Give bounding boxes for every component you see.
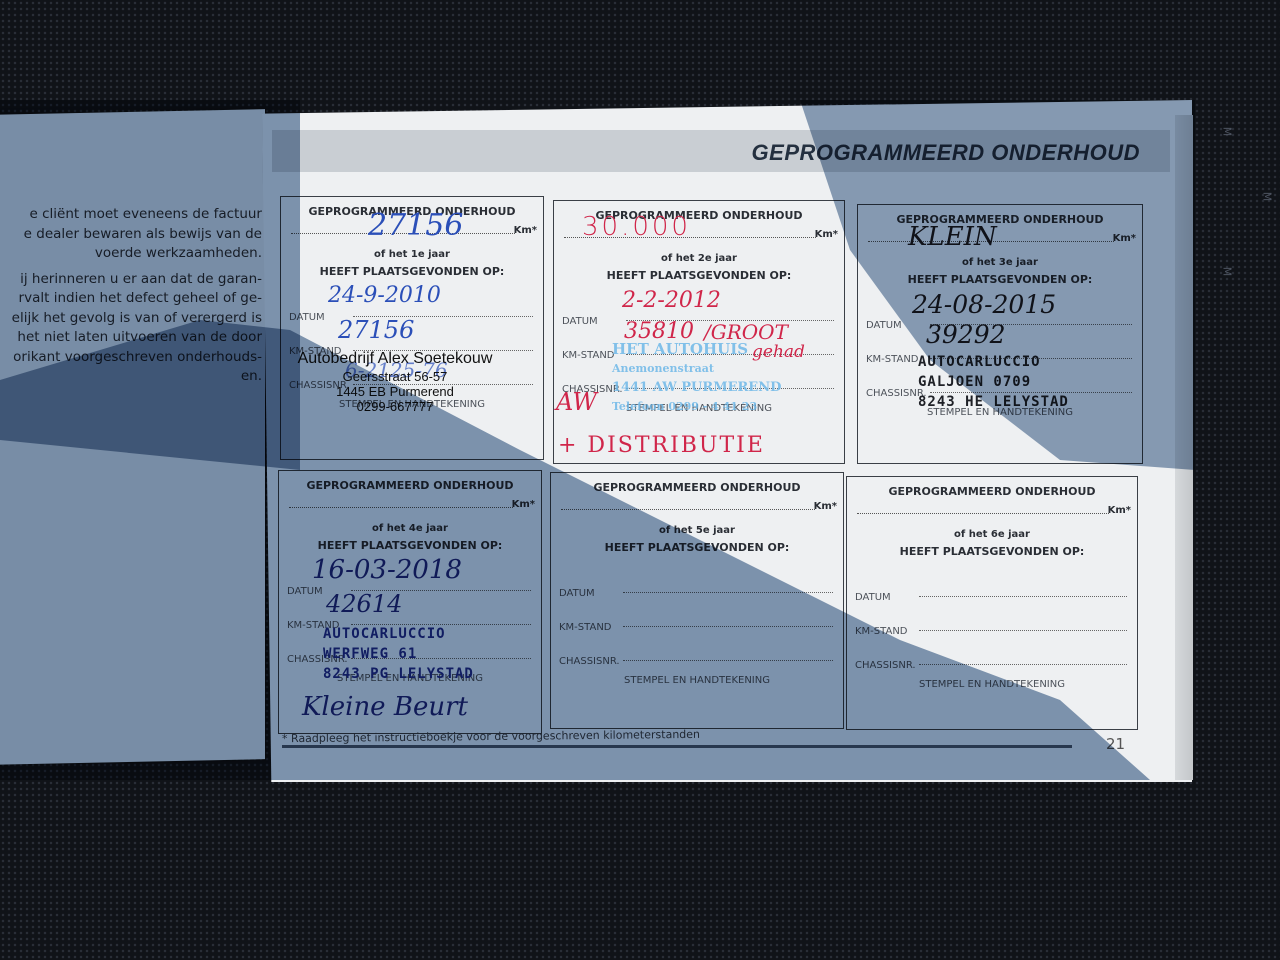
year-label: of het 4e jaar — [279, 523, 541, 534]
box-title: GEPROGRAMMEERD ONDERHOUD — [858, 213, 1142, 226]
year-label: of het 2e jaar — [554, 253, 844, 264]
handwritten-date: 16-03-2018 — [312, 555, 462, 585]
datum-line — [623, 592, 833, 593]
handwritten-note: /GROOT — [704, 320, 788, 344]
km-stand-label: KM-STAND — [866, 354, 919, 365]
datum-line — [919, 596, 1127, 597]
left-paragraph-1: e cliënt moet eveneens de factuur e deal… — [0, 205, 262, 264]
heeft-label: HEEFT PLAATSGEVONDEN OP: — [858, 273, 1142, 286]
chassis-row: CHASSISNR. — [855, 653, 1127, 667]
heeft-label: HEEFT PLAATSGEVONDEN OP: — [279, 539, 541, 552]
heeft-label: HEEFT PLAATSGEVONDEN OP: — [281, 265, 543, 278]
heeft-label: HEEFT PLAATSGEVONDEN OP: — [551, 541, 843, 554]
handwritten-signature: AW — [556, 388, 597, 416]
year-label: of het 5e jaar — [551, 525, 843, 536]
box-title: GEPROGRAMMEERD ONDERHOUD — [279, 479, 541, 492]
dealer-stamp: AUTOCARLUCCIO GALJOEN 0709 8243 HE LELYS… — [918, 352, 1069, 412]
km-stand-label: KM-STAND — [855, 626, 908, 637]
chassis-label: CHASSISNR. — [855, 660, 916, 671]
page-edge — [1175, 115, 1193, 780]
handwritten-km-stand: 27156 — [338, 316, 414, 344]
heeft-label: HEEFT PLAATSGEVONDEN OP: — [554, 269, 844, 282]
handwritten-km-target: 27156 — [368, 208, 463, 243]
handwritten-extra: Kleine Beurt — [302, 692, 468, 722]
handwritten-km-target: 30.000 — [582, 212, 691, 242]
datum-label: DATUM — [287, 586, 323, 597]
handwritten-date: 24-08-2015 — [912, 290, 1056, 319]
dealer-stamp: Autobedrijf Alex Soetekouw Geersstraat 5… — [290, 350, 500, 416]
dealer-stamp: AUTOCARLUCCIO WERFWEG 61 8243 PG LELYSTA… — [323, 624, 474, 684]
datum-label: DATUM — [855, 592, 891, 603]
box-title: GEPROGRAMMEERD ONDERHOUD — [847, 485, 1137, 498]
stempel-label: STEMPEL EN HANDTEKENING — [551, 675, 843, 686]
handwritten-date: 2-2-2012 — [622, 288, 721, 313]
chassis-label: CHASSISNR. — [559, 656, 620, 667]
datum-label: DATUM — [866, 320, 902, 331]
handwritten-date: 24-9-2010 — [328, 283, 441, 308]
heeft-label: HEEFT PLAATSGEVONDEN OP: — [847, 545, 1137, 558]
year-label: of het 3e jaar — [858, 257, 1142, 268]
km-stand-label: KM-STAND — [559, 622, 612, 633]
year-label: of het 1e jaar — [281, 249, 543, 260]
km-target-line — [857, 513, 1109, 514]
km-stand-row: KM-STAND — [855, 619, 1127, 633]
km-unit-label: Km* — [1113, 233, 1136, 244]
handwritten-note: gehad — [752, 342, 805, 362]
handwritten-km-stand: 42614 — [326, 590, 402, 618]
header-band: GEPROGRAMMEERD ONDERHOUD — [272, 130, 1170, 172]
datum-label: DATUM — [289, 312, 325, 323]
datum-label: DATUM — [559, 588, 595, 599]
km-unit-label: Km* — [514, 225, 537, 236]
km-target-line — [289, 507, 513, 508]
page-number: 21 — [1106, 735, 1125, 753]
handwritten-km-target: KLEIN — [908, 222, 997, 252]
left-page-text: e cliënt moet eveneens de factuur e deal… — [0, 205, 262, 393]
km-stand-row: KM-STAND — [559, 615, 833, 629]
stempel-label: STEMPEL EN HANDTEKENING — [847, 679, 1137, 690]
km-stand-line — [623, 626, 833, 627]
year-label: of het 6e jaar — [847, 529, 1137, 540]
km-unit-label: Km* — [814, 501, 837, 512]
km-target-line — [561, 509, 815, 510]
chassis-line — [919, 664, 1127, 665]
handwritten-extra: + DISTRIBUTIE — [558, 433, 765, 458]
chassis-line — [623, 660, 833, 661]
maintenance-box-5: GEPROGRAMMEERD ONDERHOUDKm*of het 5e jaa… — [550, 472, 844, 729]
seat-stitch-mark: M — [1220, 267, 1233, 277]
km-stand-line — [919, 630, 1127, 631]
km-stand-label: KM-STAND — [562, 350, 615, 361]
handwritten-km-stand: 35810 — [624, 319, 694, 344]
km-unit-label: Km* — [815, 229, 838, 240]
footer-rule — [282, 745, 1072, 748]
chassis-row: CHASSISNR. — [559, 649, 833, 663]
datum-row: DATUM — [559, 581, 833, 595]
km-unit-label: Km* — [1108, 505, 1131, 516]
seat-stitch-mark: M — [1220, 127, 1233, 137]
handwritten-km-stand: 39292 — [926, 320, 1006, 349]
datum-label: DATUM — [562, 316, 598, 327]
page-title: GEPROGRAMMEERD ONDERHOUD — [752, 140, 1140, 166]
box-title: GEPROGRAMMEERD ONDERHOUD — [551, 481, 843, 494]
seat-stitch-mark: M — [1260, 192, 1273, 202]
left-paragraph-2: ij herinneren u er aan dat de garan- rva… — [0, 270, 262, 387]
maintenance-box-6: GEPROGRAMMEERD ONDERHOUDKm*of het 6e jaa… — [846, 476, 1138, 730]
km-unit-label: Km* — [512, 499, 535, 510]
datum-row: DATUM — [855, 585, 1127, 599]
